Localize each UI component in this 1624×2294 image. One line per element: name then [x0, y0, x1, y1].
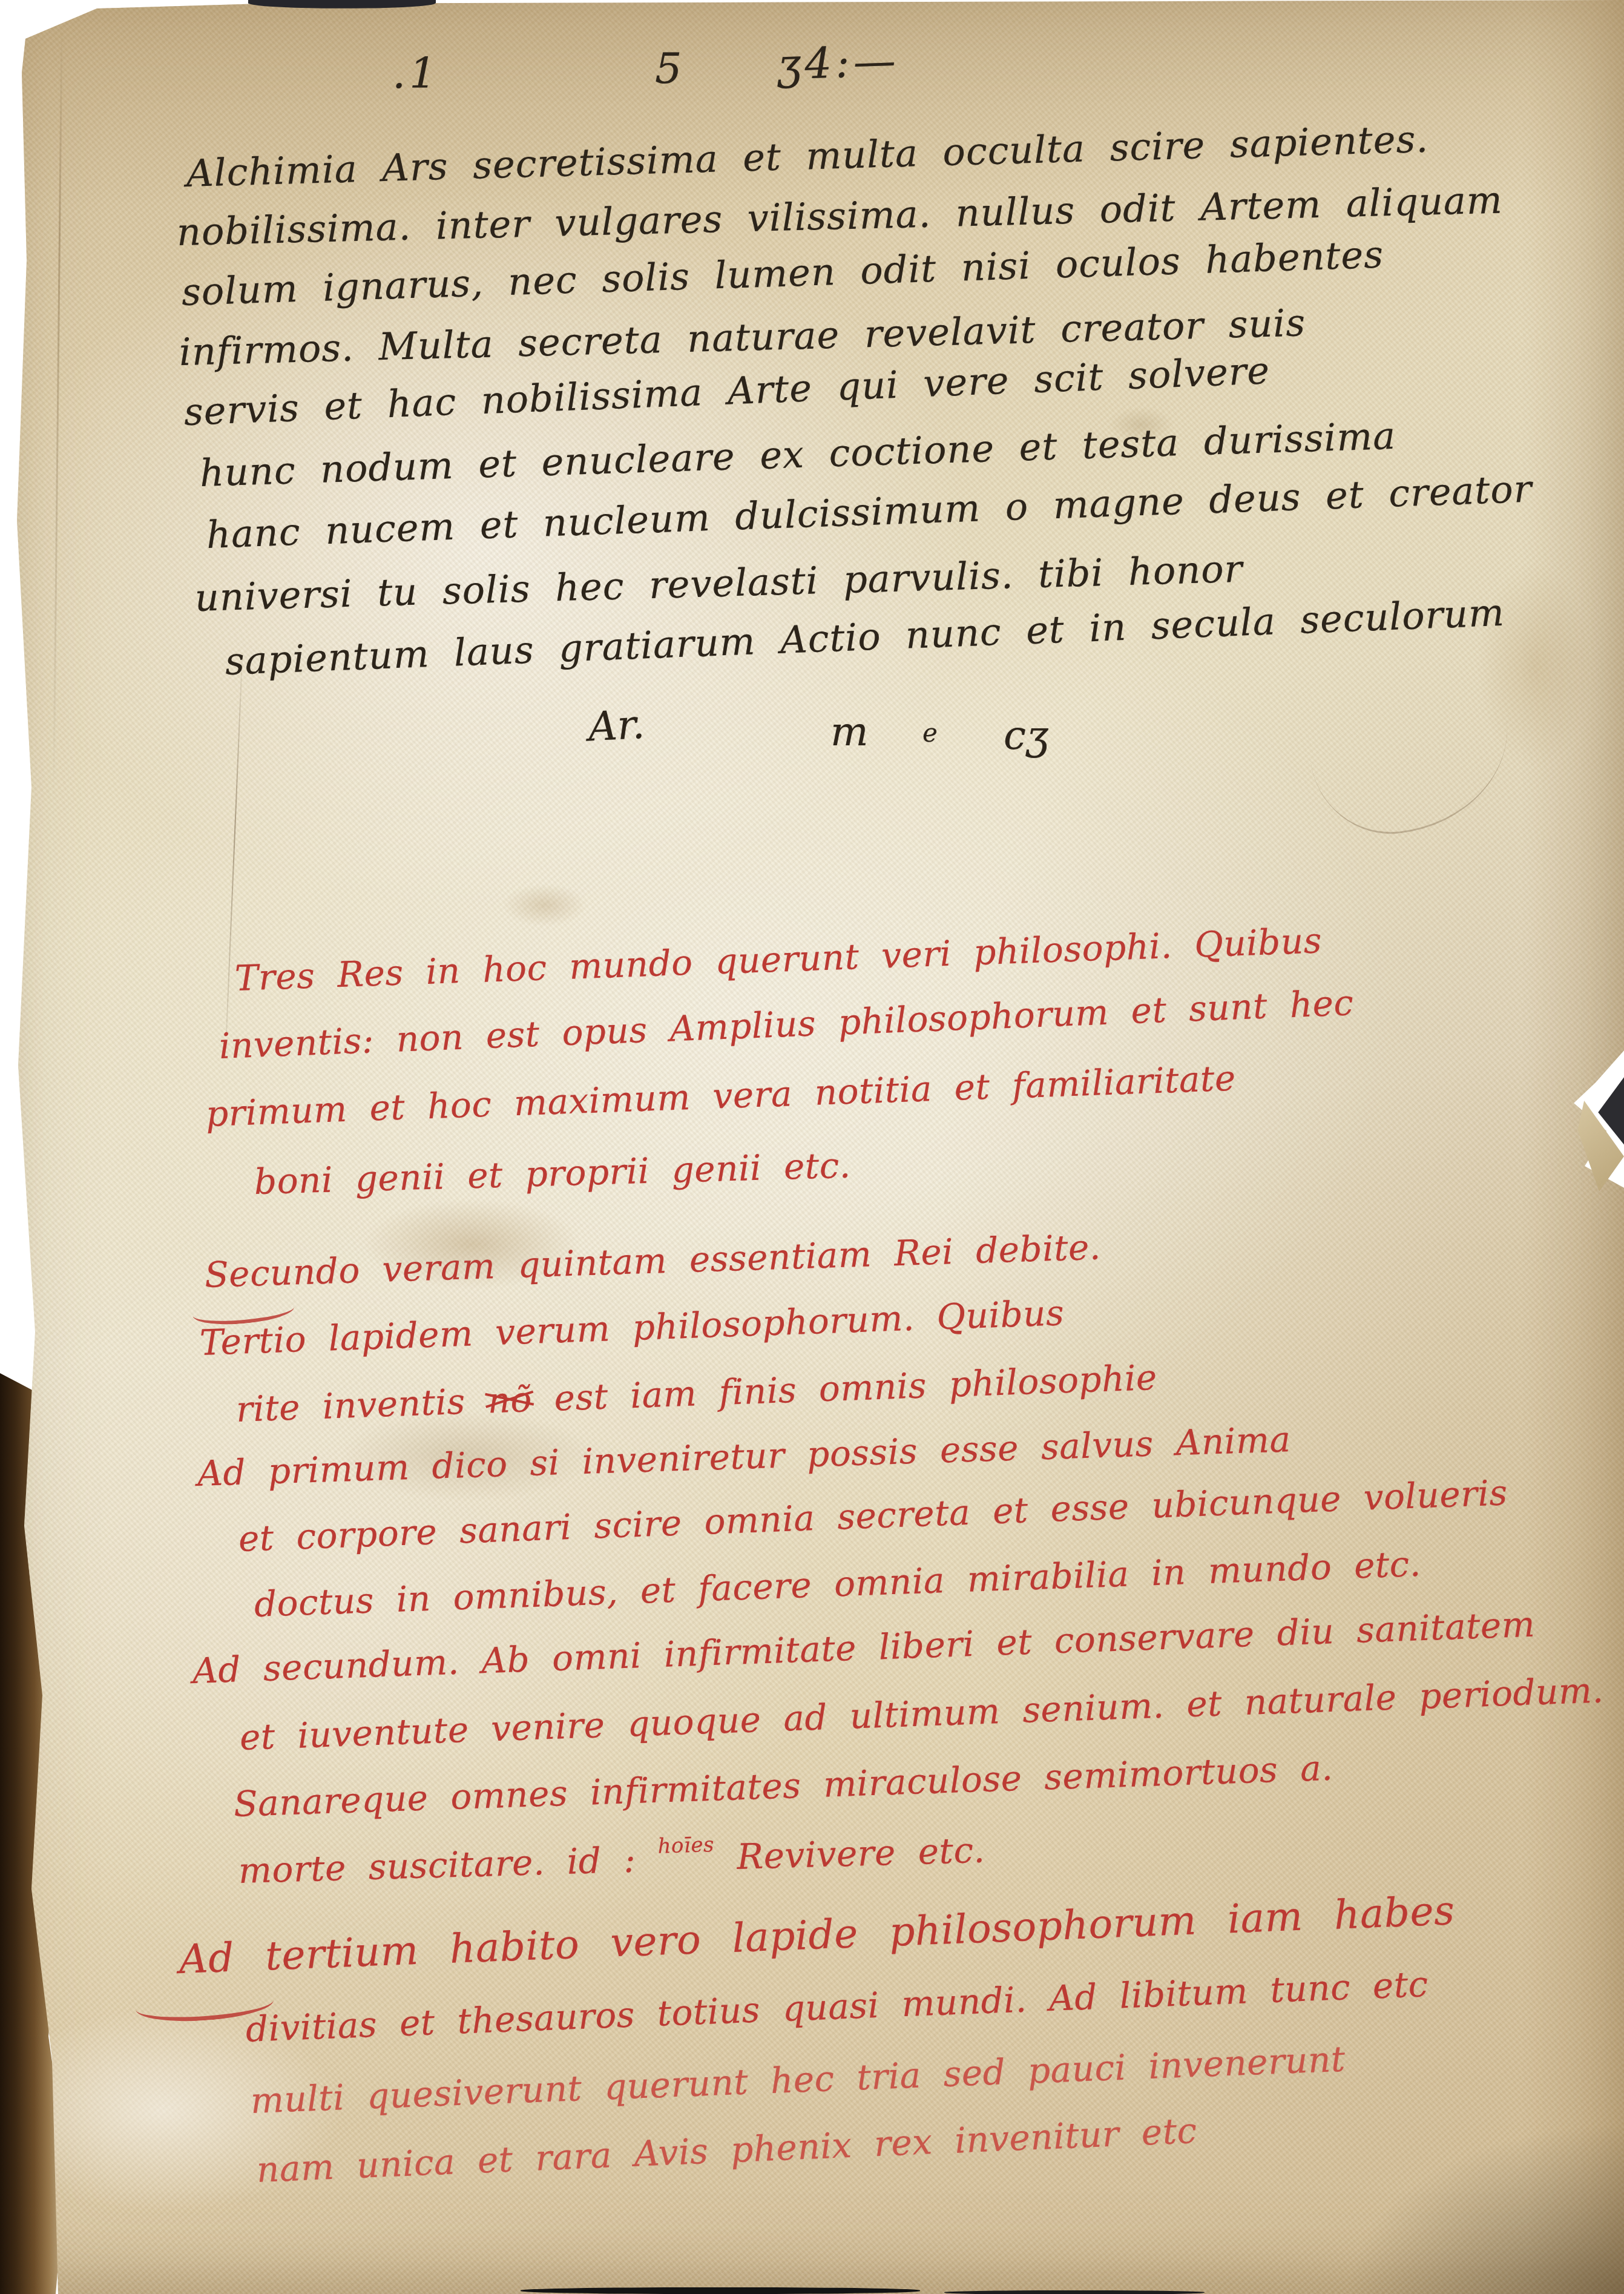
invocation-token: Ar. — [587, 701, 646, 751]
bottom-edge-shadow — [944, 2290, 1205, 2294]
date-digit: ʒ4:— — [777, 36, 900, 90]
date-digit: 5 — [655, 44, 686, 93]
red-text-segment: rite inventis — [235, 1380, 488, 1430]
interlinear-insertion: hoīes — [657, 1833, 714, 1859]
date-digit: .1 — [392, 48, 440, 98]
struck-out-word: nõ — [487, 1379, 533, 1422]
red-text-segment: Revivere etc. — [714, 1830, 986, 1878]
invocation-token: m — [830, 708, 869, 755]
corner-shadow — [1309, 2100, 1624, 2294]
invocation-token: cʒ — [1004, 712, 1048, 759]
invocation-token: e — [922, 718, 938, 748]
torn-edge-flap — [1570, 1045, 1624, 1191]
bottom-edge-shadow — [521, 2287, 920, 2294]
photographed-manuscript: .1 5 ʒ4:— Alchimia Ars secretissima et m… — [0, 0, 1624, 2294]
